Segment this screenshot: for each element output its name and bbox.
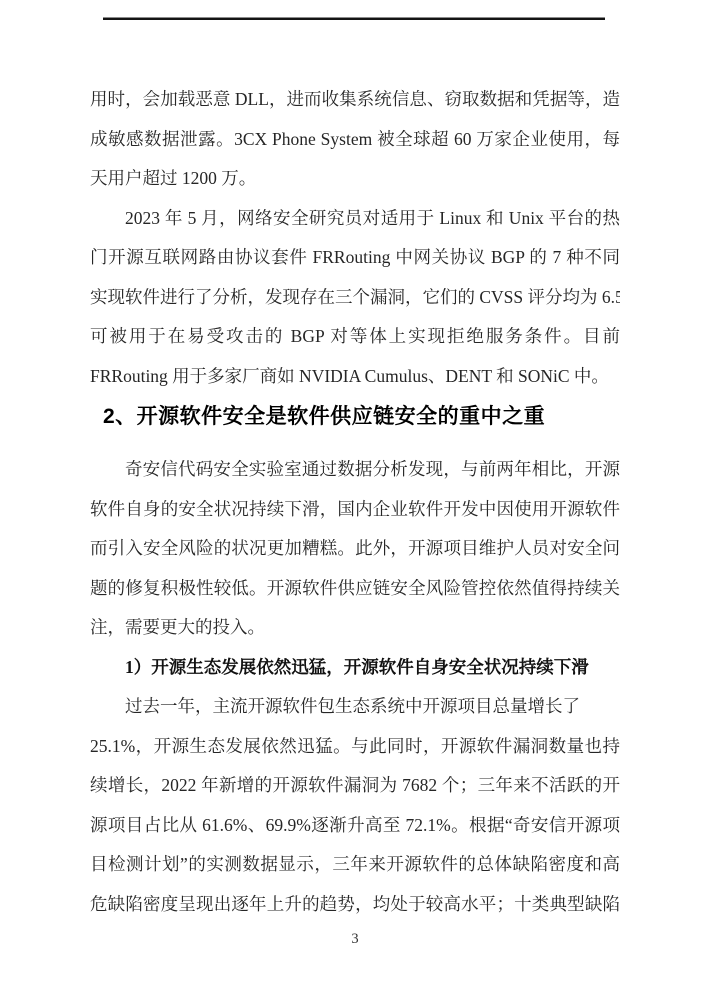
text-line: 天用户超过 1200 万。	[90, 159, 620, 199]
text-line: 实现软件进行了分析，发现存在三个漏洞，它们的 CVSS 评分均为 6.5，	[90, 278, 620, 318]
text-line: 过去一年，主流开源软件包生态系统中开源项目总量增长了	[90, 687, 620, 727]
paragraph-ecosystem-growth: 过去一年，主流开源软件包生态系统中开源项目总量增长了 25.1%，开源生态发展依…	[90, 687, 620, 924]
text-line: 而引入安全风险的状况更加糟糕。此外，开源项目维护人员对安全问	[90, 529, 620, 569]
text-line: 可被用于在易受攻击的 BGP 对等体上实现拒绝服务条件。目前	[90, 317, 620, 357]
paragraph-frrouting: 2023 年 5 月，网络安全研究员对适用于 Linux 和 Unix 平台的热…	[90, 199, 620, 397]
text-line: 2023 年 5 月，网络安全研究员对适用于 Linux 和 Unix 平台的热	[90, 199, 620, 239]
text-line: 奇安信代码安全实验室通过数据分析发现，与前两年相比，开源	[90, 450, 620, 490]
text-line: 源项目占比从 61.6%、69.9%逐渐升高至 72.1%。根据“奇安信开源项	[90, 806, 620, 846]
subheading-1: 1）开源生态发展依然迅猛，开源软件自身安全状况持续下滑	[90, 648, 620, 688]
text-line: 目检测计划”的实测数据显示，三年来开源软件的总体缺陷密度和高	[90, 845, 620, 885]
text-line: 续增长，2022 年新增的开源软件漏洞为 7682 个；三年来不活跃的开	[90, 766, 620, 806]
paragraph-opensource-security: 奇安信代码安全实验室通过数据分析发现，与前两年相比，开源 软件自身的安全状况持续…	[90, 450, 620, 648]
paragraph-continuation: 用时，会加载恶意 DLL，进而收集系统信息、窃取数据和凭据等，造 成敏感数据泄露…	[90, 80, 620, 199]
page-body: 用时，会加载恶意 DLL，进而收集系统信息、窃取数据和凭据等，造 成敏感数据泄露…	[90, 80, 620, 924]
document-page: 用时，会加载恶意 DLL，进而收集系统信息、窃取数据和凭据等，造 成敏感数据泄露…	[0, 0, 710, 1004]
text-line: 门开源互联网路由协议套件 FRRouting 中网关协议 BGP 的 7 种不同	[90, 238, 620, 278]
section-heading-2: 2、开源软件安全是软件供应链安全的重中之重	[90, 396, 620, 438]
text-line: 成敏感数据泄露。3CX Phone System 被全球超 60 万家企业使用，…	[90, 120, 620, 160]
text-line: 题的修复积极性较低。开源软件供应链安全风险管控依然值得持续关	[90, 569, 620, 609]
text-line: FRRouting 用于多家厂商如 NVIDIA Cumulus、DENT 和 …	[90, 357, 620, 397]
text-line: 注，需要更大的投入。	[90, 608, 620, 648]
page-number: 3	[0, 928, 710, 950]
text-line: 25.1%，开源生态发展依然迅猛。与此同时，开源软件漏洞数量也持	[90, 727, 620, 767]
text-line: 软件自身的安全状况持续下滑，国内企业软件开发中因使用开源软件	[90, 490, 620, 530]
text-line: 危缺陷密度呈现出逐年上升的趋势，均处于较高水平；十类典型缺陷	[90, 885, 620, 925]
header-rule	[103, 17, 605, 20]
text-line: 用时，会加载恶意 DLL，进而收集系统信息、窃取数据和凭据等，造	[90, 80, 620, 120]
